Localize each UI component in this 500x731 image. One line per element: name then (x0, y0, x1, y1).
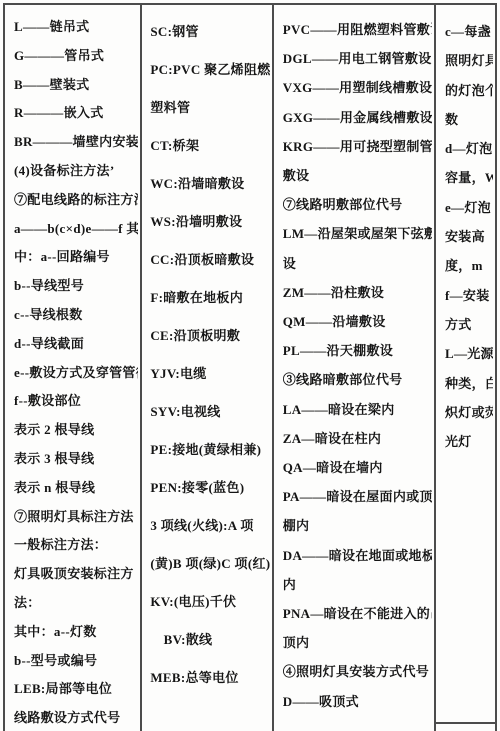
text-line: ⑦线路明敷部位代号 (283, 190, 432, 219)
text-line: f--敷设部位 (14, 387, 138, 416)
text-line: PEN:接零(蓝色) (150, 469, 269, 507)
text-line: f—安装 (445, 281, 493, 310)
text-line: a——b(c×d)e——f 其 (14, 215, 138, 244)
table-column-lamp-parameters: c—每盏照明灯具的灯泡个数d—灯泡容量，We—灯泡安装高度，mf—安装方式L—光… (436, 5, 495, 724)
text-line: D——吸顶式 (283, 687, 432, 716)
text-line: ⑦照明灯具标注方法 (14, 503, 138, 532)
text-line: CC:沿顶板暗敷设 (150, 241, 269, 279)
text-line: KRG——用可挠型塑制管 (283, 132, 432, 161)
text-line: 敷设 (283, 161, 432, 190)
text-line: ZM——沿柱敷设 (283, 278, 432, 307)
text-line: 一般标注方法： (14, 531, 138, 560)
text-line: b--型号或编号 (14, 647, 138, 676)
text-line: (黄)B 项(绿)C 项(红) (150, 545, 269, 583)
text-line: ZA—暗设在柱内 (283, 424, 432, 453)
table-column-laying-method-codes: PVC——用阻燃塑料管敷设DGL——用电工钢管敷设VXG——用塑制线槽敷设GXG… (272, 5, 434, 731)
text-line: QA—暗设在墙内 (283, 453, 432, 482)
text-line: c--导线根数 (14, 301, 138, 330)
text-line: ④照明灯具安装方式代号 (283, 657, 432, 686)
text-line: MEB:总等电位 (150, 659, 269, 697)
text-line: 中：a--回路编号 (14, 243, 138, 272)
text-line: 棚内 (283, 511, 432, 540)
text-line: 设 (283, 249, 432, 278)
text-line: (4)设备标注方法’ (14, 157, 138, 186)
table-column-lamp-parameters-wrap: c—每盏照明灯具的灯泡个数d—灯泡容量，We—灯泡安装高度，mf—安装方式L—光… (434, 5, 495, 731)
notation-codes-table: L——链吊式G———管吊式B——壁装式R———嵌入式BR———墙壁内安装(4)设… (3, 3, 497, 731)
text-line: 3 项线(火线):A 项 (150, 507, 269, 545)
text-line: e--敷设方式及穿管管径 (14, 359, 138, 388)
text-line: G———管吊式 (14, 42, 138, 71)
text-line: KV:(电压)千伏 (150, 583, 269, 621)
text-line: CT:桥架 (150, 127, 269, 165)
scanned-document-page: L——链吊式G———管吊式B——壁装式R———嵌入式BR———墙壁内安装(4)设… (0, 0, 500, 731)
text-line: 种类，白 (445, 369, 493, 398)
text-line: 塑料管 (150, 89, 269, 127)
text-line: L—光源 (445, 339, 493, 368)
text-line: BR———墙壁内安装 (14, 128, 138, 157)
text-line: d--导线截面 (14, 330, 138, 359)
text-line: 照明灯具 (445, 46, 493, 75)
text-line: 光灯 (445, 427, 493, 456)
text-line: WC:沿墙暗敷设 (150, 165, 269, 203)
text-line: 度，m (445, 251, 493, 280)
table-column-mounting-and-circuit-notation: L——链吊式G———管吊式B——壁装式R———嵌入式BR———墙壁内安装(4)设… (5, 5, 140, 731)
text-line: 灯具吸顶安装标注方 (14, 560, 138, 589)
text-line: DA——暗设在地面或地板 (283, 541, 432, 570)
text-line: L——链吊式 (14, 13, 138, 42)
table-column-conduit-and-wire-codes: SC:钢管PC:PVC 聚乙烯阻燃性塑料管CT:桥架WC:沿墙暗敷设WS:沿墙明… (140, 5, 271, 731)
text-line: WS:沿墙明敷设 (150, 203, 269, 241)
text-line: LM—沿屋架或屋架下弦敷 (283, 219, 432, 248)
text-line: d—灯泡 (445, 134, 493, 163)
text-line: 炽灯或荧 (445, 398, 493, 427)
text-line: b--导线型号 (14, 272, 138, 301)
text-line: PA——暗设在屋面内或顶 (283, 482, 432, 511)
text-line: F:暗敷在地板内 (150, 279, 269, 317)
text-line: 顶内 (283, 628, 432, 657)
text-line: LEB:局部等电位 (14, 675, 138, 704)
text-line: PE:接地(黄绿相兼) (150, 431, 269, 469)
text-line: 数 (445, 105, 493, 134)
text-line: c—每盏 (445, 17, 493, 46)
text-line: 内 (283, 570, 432, 599)
text-line: 其中：a--灯数 (14, 618, 138, 647)
text-line: QM——沿墙敷设 (283, 307, 432, 336)
text-line: SYV:电视线 (150, 393, 269, 431)
text-line: R———嵌入式 (14, 99, 138, 128)
text-line: LA——暗设在梁内 (283, 395, 432, 424)
text-line: 线路敷设方式代号 (14, 704, 138, 731)
text-line: CE:沿顶板明敷 (150, 317, 269, 355)
text-line: 表示 2 根导线 (14, 416, 138, 445)
text-line: BV:散线 (150, 621, 269, 659)
text-line: DGL——用电工钢管敷设 (283, 44, 432, 73)
text-line: 法： (14, 589, 138, 618)
text-line: 的灯泡个 (445, 76, 493, 105)
text-line: SC:钢管 (150, 13, 269, 51)
text-line: 安装高 (445, 222, 493, 251)
text-line: GXG——用金属线槽敷设 (283, 103, 432, 132)
text-line: YJV:电缆 (150, 355, 269, 393)
text-line: PC:PVC 聚乙烯阻燃性 (150, 51, 269, 89)
text-line: B——壁装式 (14, 71, 138, 100)
text-line: VXG——用塑制线槽敷设 (283, 73, 432, 102)
text-line: 方式 (445, 310, 493, 339)
text-line: 容量，W (445, 163, 493, 192)
text-line: e—灯泡 (445, 193, 493, 222)
text-line: ③线路暗敷部位代号 (283, 365, 432, 394)
text-line: PVC——用阻燃塑料管敷设 (283, 15, 432, 44)
text-line: PNA—暗设在不能进入的吊 (283, 599, 432, 628)
text-line: 表示 n 根导线 (14, 474, 138, 503)
text-line: 表示 3 根导线 (14, 445, 138, 474)
text-line: ⑦配电线路的标注方法 (14, 186, 138, 215)
text-line: PL——沿天棚敷设 (283, 336, 432, 365)
